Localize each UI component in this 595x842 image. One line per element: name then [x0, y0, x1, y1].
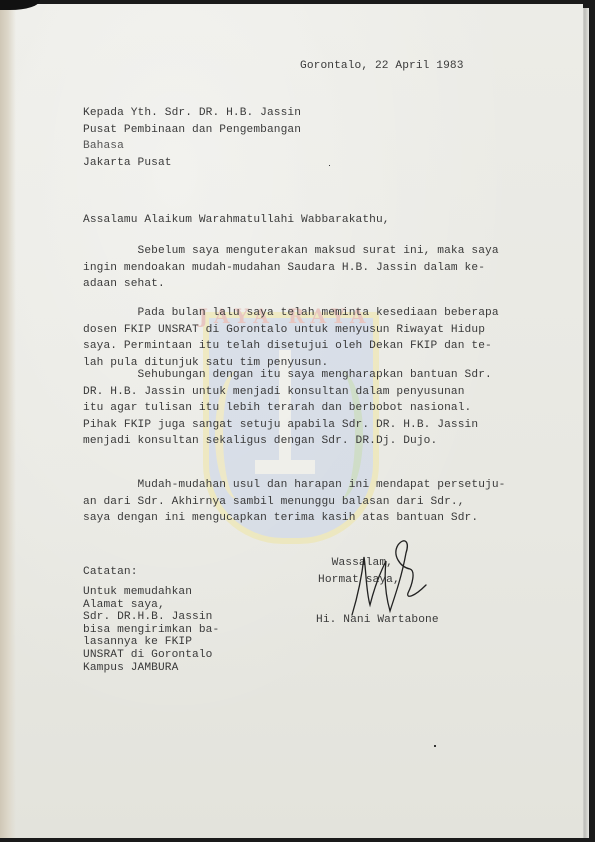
- letter-date: Gorontalo, 22 April 1983: [300, 58, 464, 75]
- notes-line: Kampus JAMBURA: [83, 662, 178, 674]
- paragraph-1: Sebelum saya menguterakan maksud surat i…: [83, 243, 499, 293]
- paper-speck: [434, 745, 436, 747]
- notes-line: UNSRAT di Gorontalo: [83, 649, 212, 661]
- notes-title: Catatan:: [83, 564, 138, 581]
- paragraph-line: Sebelum saya menguterakan maksud surat i…: [83, 245, 499, 257]
- recipient-address: Kepada Yth. Sdr. DR. H.B. Jassin Pusat P…: [83, 105, 301, 171]
- paragraph-line: Pihak FKIP juga sangat setuju apabila Sd…: [83, 419, 478, 431]
- greeting: Assalamu Alaikum Warahmatullahi Wabbarak…: [83, 212, 390, 229]
- notes-line: lasannya ke FKIP: [83, 636, 192, 648]
- paragraph-3: Sehubungan dengan itu saya mengharapkan …: [83, 367, 492, 450]
- paragraph-line: menjadi konsultan sekaligus dengan Sdr. …: [83, 435, 437, 447]
- notes-body: Untuk memudahkan Alamat saya, Sdr. DR.H.…: [83, 586, 219, 674]
- recipient-line: Kepada Yth. Sdr. DR. H.B. Jassin: [83, 107, 301, 119]
- paragraph-line: Mudah-mudahan usul dan harapan ini menda…: [83, 479, 505, 491]
- paragraph-line: Sehubungan dengan itu saya mengharapkan …: [83, 369, 492, 381]
- paragraph-line: dosen FKIP UNSRAT di Gorontalo untuk men…: [83, 324, 485, 336]
- paragraph-line: itu agar tulisan itu lebih terarah dan b…: [83, 402, 471, 414]
- paragraph-line: DR. H.B. Jassin untuk menjadi konsultan …: [83, 386, 465, 398]
- notes-line: Alamat saya,: [83, 599, 165, 611]
- paragraph-4: Mudah-mudahan usul dan harapan ini menda…: [83, 477, 505, 527]
- paragraph-line: adaan sehat.: [83, 278, 165, 290]
- recipient-line: Pusat Pembinaan dan Pengembangan: [83, 124, 301, 136]
- paragraph-line: saya. Permintaan itu telah disetujui ole…: [83, 340, 492, 352]
- signer-name: Hi. Nani Wartabone: [316, 612, 439, 629]
- notes-line: bisa mengirimkan ba-: [83, 624, 219, 636]
- recipient-line: Jakarta Pusat: [83, 157, 172, 169]
- paragraph-line: Pada bulan lalu saya telah meminta kesed…: [83, 307, 499, 319]
- paragraph-line: saya dengan ini mengucapkan terima kasih…: [83, 512, 478, 524]
- paragraph-line: an dari Sdr. Akhirnya sambil menunggu ba…: [83, 496, 465, 508]
- recipient-line: Bahasa: [83, 140, 124, 152]
- binding-shadow: [0, 4, 16, 838]
- notes-line: Sdr. DR.H.B. Jassin: [83, 611, 212, 623]
- notes-line: Untuk memudahkan: [83, 586, 192, 598]
- paragraph-2: Pada bulan lalu saya telah meminta kesed…: [83, 305, 499, 371]
- scanned-page: JAYA RAYA Gorontalo, 22 April 1983 Kepad…: [0, 0, 595, 842]
- paragraph-line: ingin mendoakan mudah-mudahan Saudara H.…: [83, 262, 485, 274]
- paper-speck: [329, 165, 330, 166]
